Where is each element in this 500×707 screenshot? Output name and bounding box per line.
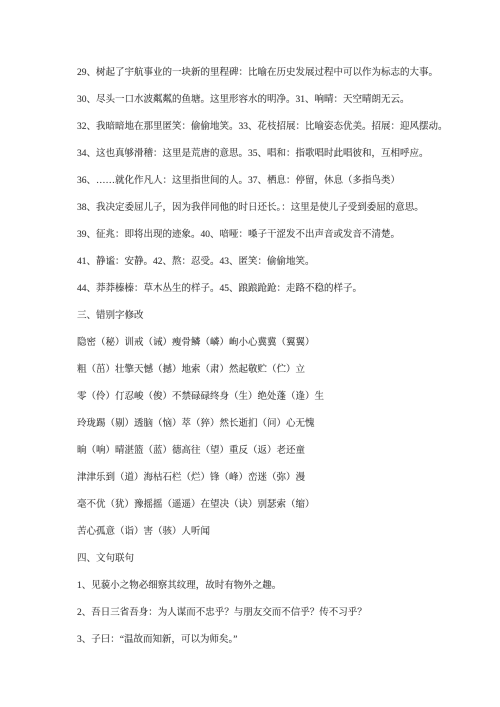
typo-line-7: 毫不优（犹）豫摇摇（遥遥）在望决（诀）别瑟索（缩）	[77, 499, 460, 512]
glossary-line-39-40: 39、征兆：即将出现的迹象。40、喑哑：嗓子干涩发不出声音或发音不清楚。	[77, 229, 460, 242]
typo-line-3: 零（伶）仃忍峻（俊）不禁碌碌终身（生）绝处蓬（逢）生	[77, 391, 460, 404]
glossary-line-30-31: 30、尽头一口水波粼粼的鱼塘。这里形容水的明净。31、响晴：天空晴朗无云。	[77, 94, 460, 107]
glossary-line-38: 38、我决定委屈儿子，因为我伴同他的时日还长。：这里是使儿子受到委屈的意思。	[77, 202, 460, 215]
section-heading-sentence-links: 四、文句联句	[77, 553, 460, 566]
glossary-line-36-37: 36、……就化作凡人：这里指世间的人。37、栖息：停留，休息（多指鸟类）	[77, 175, 460, 188]
glossary-line-41-43: 41、静谧：安静。42、熬：忍受。43、匿笑：偷偷地笑。	[77, 256, 460, 269]
glossary-line-29: 29、树起了宇航事业的一块新的里程碑：比喻在历史发展过程中可以作为标志的大事。	[77, 67, 460, 80]
sentence-line-2: 2、吾日三省吾身：为人谋而不忠乎？与朋友交而不信乎？传不习乎？	[77, 607, 460, 620]
glossary-line-34-35: 34、这也真够滑稽：这里是荒唐的意思。35、唱和：指歌唱时此唱彼和，互相呼应。	[77, 148, 460, 161]
typo-line-6: 津津乐到（道）海枯石栏（烂）锋（峰）峦迷（弥）漫	[77, 472, 460, 485]
glossary-line-44-45: 44、莽莽榛榛：草木丛生的样子。45、踉踉跄跄：走路不稳的样子。	[77, 283, 460, 296]
sentence-line-3: 3、子曰：“温故而知新，可以为师矣。”	[77, 634, 460, 647]
typo-line-2: 粗（茁）壮擎天憾（撼）地索（肃）然起敬贮（伫）立	[77, 364, 460, 377]
sentence-line-1: 1、见藐小之物必细察其纹理，故时有物外之趣。	[77, 580, 460, 593]
document-page: 29、树起了宇航事业的一块新的里程碑：比喻在历史发展过程中可以作为标志的大事。 …	[0, 0, 500, 707]
typo-line-8: 苦心孤意（诣）害（骇）人听闻	[77, 526, 460, 539]
typo-line-4: 玲珑踢（剔）透脑（恼）萃（猝）然长逝扪（问）心无愧	[77, 418, 460, 431]
section-heading-typo-correction: 三、错别字修改	[77, 310, 460, 323]
typo-line-1: 隐密（秘）训戒（诫）瘦骨鳞（嶙）峋小心冀冀（翼翼）	[77, 337, 460, 350]
typo-line-5: 晌（响）晴湛篮（蓝）德高往（望）重反（返）老还童	[77, 445, 460, 458]
glossary-line-32-33: 32、我暗暗地在那里匿笑：偷偷地笑。33、花枝招展：比喻姿态优美。招展：迎风摆动…	[77, 121, 460, 134]
